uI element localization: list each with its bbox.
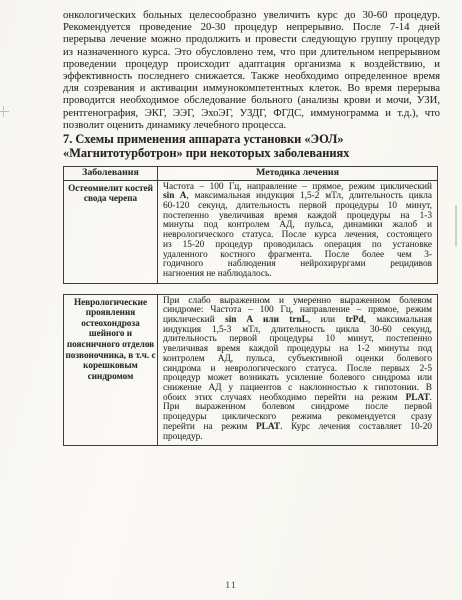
text-line: поясничного отделов	[65, 339, 156, 350]
text-line: позвоночника, в т.ч. с	[65, 350, 156, 361]
text-line: позволит оценить динамику лечебного проц…	[63, 119, 440, 131]
scanned-document-page: онкологических больных целесообразно уве…	[0, 0, 462, 600]
text-line: шейного и	[65, 328, 156, 339]
bold-text-segment: sin A или trnL	[225, 315, 308, 325]
text-segment: циклический	[163, 315, 225, 325]
scan-artifact-left-edge	[0, 105, 12, 119]
text-line: перейти на режим PLAT. Курс лечения сост…	[163, 423, 432, 433]
text-line: процедур.	[163, 433, 432, 443]
text-line: синдромом	[65, 371, 156, 382]
text-line: из назначенного курса. Это обусловлено т…	[63, 46, 440, 58]
text-segment: перейти на режим	[163, 422, 256, 432]
text-line: проявления	[65, 307, 156, 318]
text-line: Остеомиелит костей	[65, 183, 156, 194]
text-line: эффективность последнего снижается. Такж…	[63, 70, 440, 82]
text-line: корешковым	[65, 360, 156, 371]
page-number: 11	[0, 580, 462, 591]
disease-name-osteomyelitis: Остеомиелит костейсвода черепа	[64, 181, 158, 283]
text-segment: . Курс лечения составляет 10-20	[280, 422, 432, 432]
treatment-table-osteomyelitis: Заболевания Методика лечения Остеомиелит…	[63, 166, 438, 284]
bold-text-segment: PLAT	[256, 422, 280, 432]
text-line: свода черепа	[65, 193, 156, 204]
text-line: рентгенография, ЭКГ, ЭЭГ, ЭхоЭГ, УЗДГ, Ф…	[63, 107, 440, 119]
text-line: Неврологические	[65, 297, 156, 308]
table-header-row: Заболевания Методика лечения	[64, 167, 437, 180]
section-heading: 7. Схемы применения аппарата установки «…	[63, 133, 440, 161]
text-line: «Магнитотурботрон» при некоторых заболев…	[63, 147, 440, 161]
text-segment: , максимальная индукция 1,5-2 мТл, длите…	[186, 191, 432, 201]
text-line: Рекомендуется проведение 20-30 процедур …	[63, 21, 440, 33]
treatment-method-osteomyelitis: Частота – 100 Гц, направление – прямое, …	[158, 181, 437, 283]
column-header-method: Методика лечения	[158, 167, 437, 180]
column-header-disease: Заболевания	[64, 167, 158, 180]
text-line: онкологических больных целесообразно уве…	[63, 9, 440, 21]
text-segment: , максимальная	[364, 315, 432, 325]
text-line: нагноения не наблюдалось.	[163, 270, 432, 280]
text-line: для созревания и активации иммунокомпете…	[63, 82, 440, 94]
text-segment: , или	[308, 315, 346, 325]
text-line: проведении процедур происходит адаптация…	[63, 58, 440, 70]
text-line: проводится необходимое обследование боль…	[63, 94, 440, 106]
disease-name-osteochondrosis: Неврологическиепроявленияостеохондрозаше…	[64, 295, 158, 446]
treatment-method-osteochondrosis: При слабо выраженном и умеренно выраженн…	[158, 295, 437, 446]
paragraph-course-recommendations: онкологических больных целесообразно уве…	[63, 9, 440, 131]
table-row: Неврологическиепроявленияостеохондрозаше…	[64, 295, 437, 446]
text-line: перерыва лечение можно продолжить и пров…	[63, 33, 440, 45]
text-line: остеохондроза	[65, 318, 156, 329]
treatment-table-osteochondrosis: Неврологическиепроявленияостеохондрозаше…	[63, 294, 438, 447]
text-line: 7. Схемы применения аппарата установки «…	[63, 133, 440, 147]
scan-artifact-right-edge	[455, 205, 457, 247]
table-row: Остеомиелит костейсвода черепа Частота –…	[64, 180, 437, 283]
page-content: онкологических больных целесообразно уве…	[63, 9, 440, 446]
bold-text-segment: sin A	[163, 191, 186, 201]
bold-text-segment: trPd	[346, 315, 364, 325]
